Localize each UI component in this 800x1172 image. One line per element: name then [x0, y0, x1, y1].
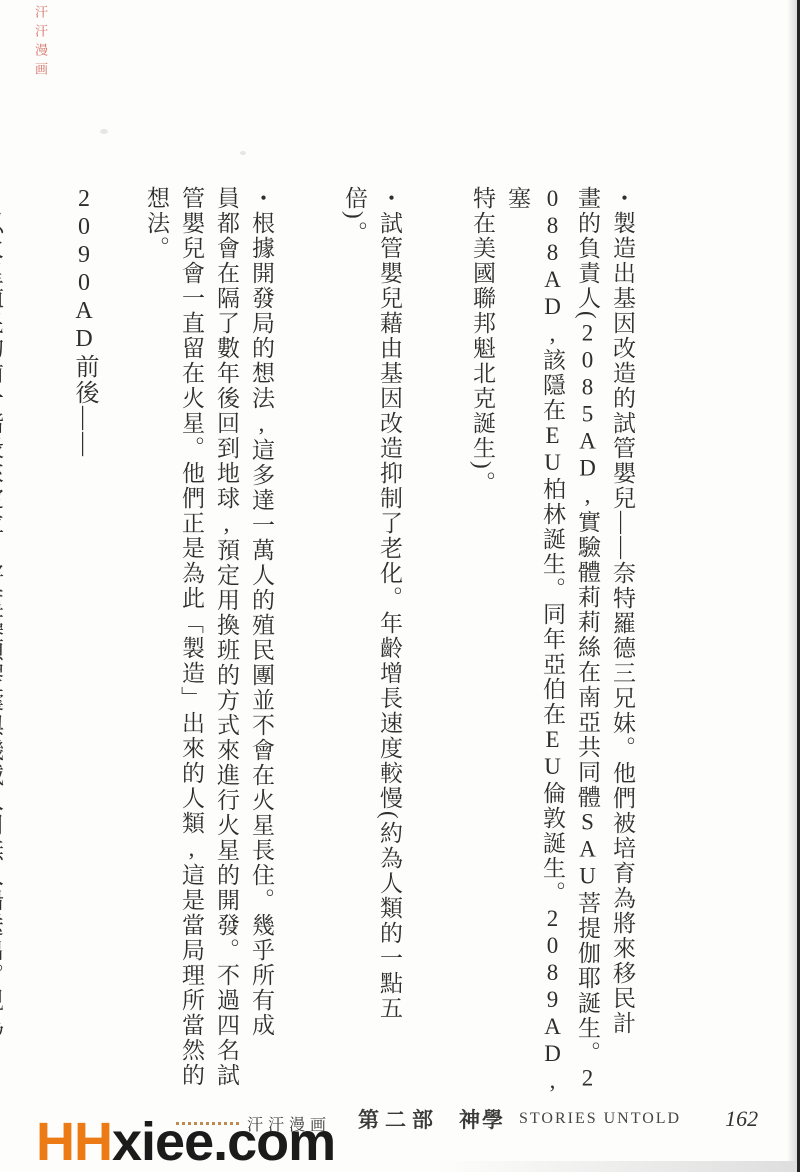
text-column: ・製造出基因改造的試管嬰兒——奈特羅德三兄妹。他們被培育為將來移民計 [605, 186, 690, 1116]
scan-smudge [100, 129, 108, 134]
footer-part-label: 第二部 [358, 1104, 439, 1134]
text-column: 畫的負責人(2085AD,實驗體莉莉絲在南亞共同體SAU菩提伽耶誕生。2 [570, 186, 605, 1116]
watermark-site-name: 汗汗漫画 [247, 1112, 331, 1135]
scan-bottom-shadow [437, 1161, 797, 1172]
page-number: 162 [725, 1106, 758, 1132]
paragraph: ・根據開發局的想法,這多達一萬人的殖民團並不會在火星長住。幾乎所有成員都會在隔了… [139, 186, 329, 1116]
text-column: ・以火星殖民的前一階段來定位,將藍藻類膠囊與機械人用無人船送出。視為 [0, 186, 58, 1116]
text-column: 倍)。 [337, 186, 372, 1116]
text-column: 特在美國聯邦魁北克誕生)。 [465, 186, 500, 1116]
text-column: 員都會在隔了數年後回到地球,預定用換班的方式來進行火星的開發。不過四名試 [209, 186, 244, 1116]
rotated-punctuation: 「 [179, 611, 204, 636]
footer-series-title: STORIES UNTOLD [519, 1110, 681, 1128]
paragraph: ・試管嬰兒藉由基因改造抑制了老化。年齡增長速度較慢(約為人類的一點五倍)。 [337, 186, 457, 1116]
timeline-heading: 2090AD前後—— [66, 186, 101, 1116]
rotated-punctuation: —— [610, 511, 635, 561]
page-footer: 第二部 神學 STORIES UNTOLD 162 [358, 1104, 698, 1134]
watermark-dotted-line [176, 1122, 240, 1125]
paragraph: ・以火星殖民的前一階段來定位,將藍藻類膠囊與機械人用無人船送出。視為殖民者到訪前… [0, 186, 58, 1116]
scan-smudge [240, 151, 246, 155]
rotated-punctuation: —— [71, 406, 97, 458]
rotated-punctuation: ) [470, 461, 495, 471]
corner-red-stamp: 汗汗漫画 [31, 5, 50, 81]
text-column: ・試管嬰兒藉由基因改造抑制了老化。年齡增長速度較慢(約為人類的一點五 [372, 186, 457, 1116]
text-column: ・根據開發局的想法,這多達一萬人的殖民團並不會在火星長住。幾乎所有成 [244, 186, 329, 1116]
rotated-punctuation: ) [342, 211, 367, 221]
paragraph: ・製造出基因改造的試管嬰兒——奈特羅德三兄妹。他們被培育為將來移民計畫的負責人(… [465, 186, 690, 1116]
text-column: 2090AD前後—— [66, 186, 101, 1116]
rotated-punctuation: ( [377, 811, 402, 821]
rotated-punctuation: 」 [179, 686, 204, 711]
watermark-logo-hh: HH [36, 1112, 112, 1172]
book-page-text: ・製造出基因改造的試管嬰兒——奈特羅德三兄妹。他們被培育為將來移民計畫的負責人(… [0, 186, 690, 1116]
rotated-punctuation: ( [575, 311, 600, 321]
text-column: 想法。 [139, 186, 174, 1116]
text-column: 管嬰兒會一直留在火星。他們正是為此「製造」出來的人類,這是當局理所當然的 [174, 186, 209, 1116]
scan-edge-shadow [787, 0, 797, 1172]
text-column: 088AD,該隱在EU柏林誕生。同年亞伯在EU倫敦誕生。2089AD,塞 [500, 186, 570, 1116]
footer-section-label: 神學 [459, 1104, 505, 1134]
